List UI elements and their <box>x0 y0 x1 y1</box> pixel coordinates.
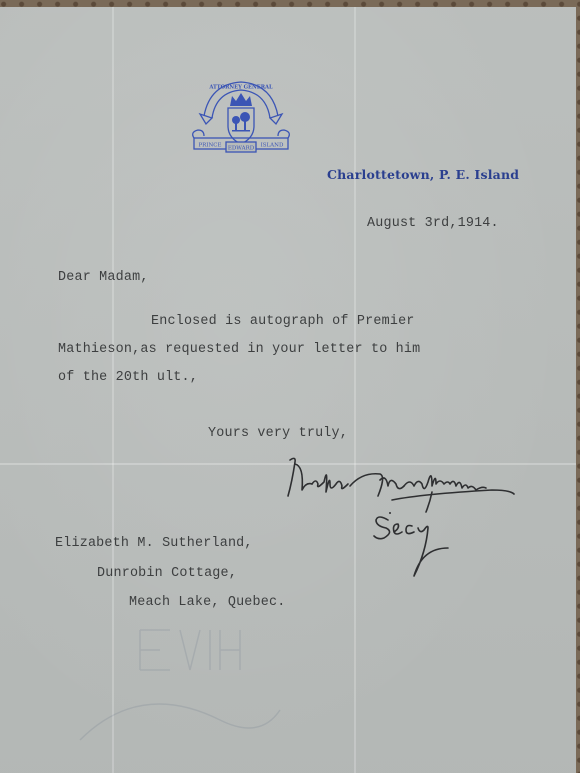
handwritten-signature: Nellie McGillespie Secy <box>282 452 517 582</box>
crest-banner-middle: EDWARD <box>228 146 255 152</box>
crest-banner-left: PRINCE <box>198 143 221 149</box>
salutation: Dear Madam, <box>58 270 149 285</box>
body-line: Enclosed is autograph of Premier <box>151 314 415 329</box>
crest-banner-right: ISLAND <box>261 143 284 149</box>
show-through-watermark <box>40 610 320 770</box>
attorney-general-crest-icon: ATTORNEY GENERAL PRINCE EDWARD ISLAND <box>190 76 292 158</box>
recipient-line: Dunrobin Cottage, <box>97 566 237 581</box>
recipient-line: Elizabeth M. Sutherland, <box>55 536 253 551</box>
letterhead-place: Charlottetown, P. E. Island <box>327 167 519 182</box>
fold-line-vertical-right <box>354 7 356 773</box>
recipient-line: Meach Lake, Quebec. <box>129 595 285 610</box>
body-line: Mathieson,as requested in your letter to… <box>58 342 420 357</box>
letter-date: August 3rd,1914. <box>367 216 499 231</box>
closing: Yours very truly, <box>208 426 348 441</box>
body-line: of the 20th ult., <box>58 370 198 385</box>
crest-top-text: ATTORNEY GENERAL <box>208 85 273 91</box>
